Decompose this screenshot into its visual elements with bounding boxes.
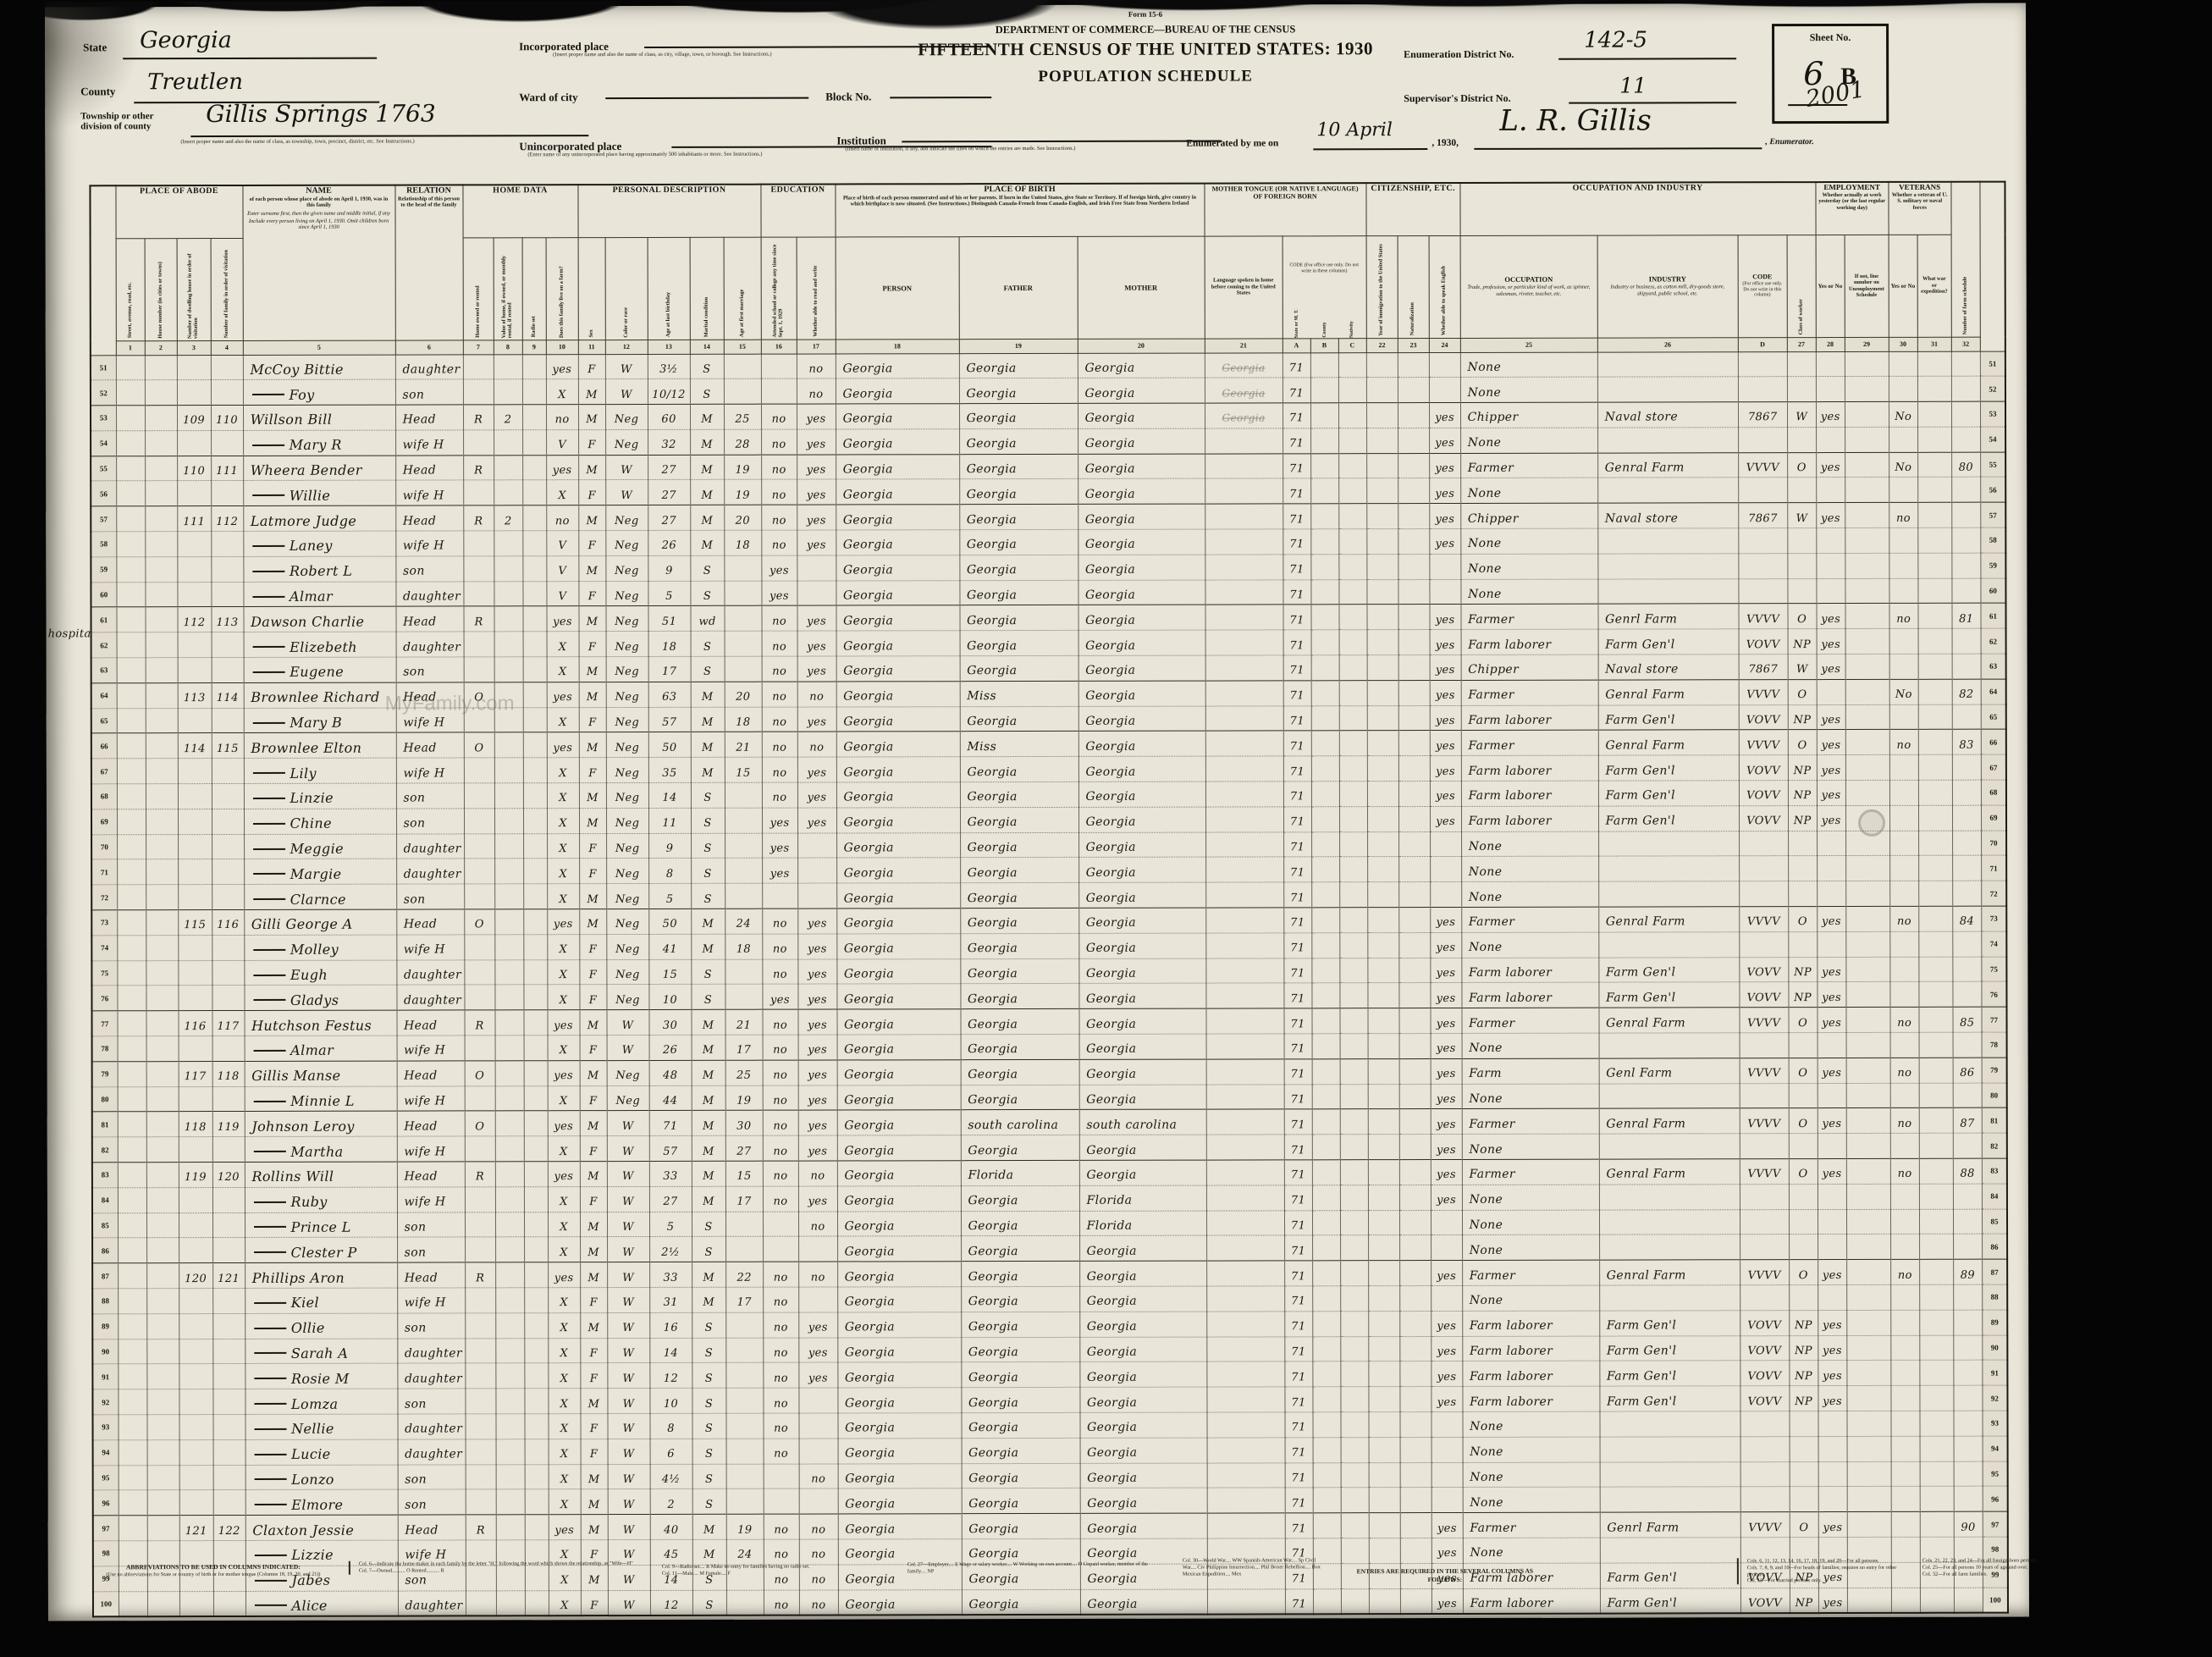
incorporated-note: (Insert proper name and also the name of…	[553, 52, 771, 58]
cell-ct22	[1367, 605, 1398, 630]
cell-v30	[1890, 1209, 1919, 1234]
census-row: 92LomzasonXMW10SnoGeorgiaGeorgiaGeorgia7…	[92, 1385, 2007, 1415]
cell-race: W	[607, 1111, 649, 1136]
cell-c3: 114	[178, 733, 212, 759]
cell-bm: Georgia	[1079, 1034, 1206, 1059]
cell-ind	[1598, 881, 1739, 907]
cell-bp: Georgia	[837, 1185, 961, 1211]
cell-bp: Georgia	[837, 1110, 961, 1135]
col-header-sex: Sex	[578, 237, 605, 340]
cell-h9	[522, 405, 546, 430]
line-number-right: 90	[1983, 1335, 2008, 1361]
cell-rel: daughter	[396, 834, 464, 859]
cell-bp: Georgia	[836, 454, 959, 479]
column-number: 24	[1429, 338, 1460, 352]
cell-h8	[495, 1111, 524, 1136]
column-number: 4	[211, 340, 243, 355]
cell-race: W	[608, 1489, 650, 1515]
cell-c4	[212, 1288, 245, 1313]
col-header-school: Attended school or college any time sinc…	[761, 237, 797, 340]
column-number: C	[1338, 338, 1366, 352]
cell-c3	[179, 1389, 212, 1415]
cell-ct23	[1398, 403, 1429, 428]
cell-sex: F	[580, 1288, 607, 1313]
col-header-marital: Marital condition	[690, 237, 724, 340]
cell-name: Foy	[243, 379, 395, 405]
cell-ct22	[1367, 958, 1398, 983]
cell-v31	[1919, 1032, 1953, 1058]
cell-e28: yes	[1817, 755, 1845, 781]
cell-age: 5	[648, 581, 690, 606]
cell-ed17: yes	[797, 909, 836, 934]
cell-sex: F	[581, 1439, 608, 1464]
cell-cls: O	[1790, 1512, 1818, 1538]
cell-agem	[725, 782, 762, 808]
cell-e28: yes	[1817, 604, 1845, 629]
cell-sex: F	[579, 758, 606, 783]
enumerator-label: , Enumerator.	[1765, 137, 1814, 146]
cell-cD: VOVV	[1740, 1335, 1789, 1361]
cell-ct24: yes	[1431, 1513, 1463, 1538]
cell-mt	[1207, 1438, 1285, 1463]
cell-rel: son	[395, 556, 463, 582]
cell-cC	[1340, 1109, 1368, 1135]
cell-h7	[463, 379, 494, 405]
cell-ed16: no	[762, 934, 797, 959]
cell-age: 9	[648, 833, 691, 859]
cell-h9	[522, 480, 546, 505]
cell-cA: 71	[1283, 857, 1311, 882]
cell-c1	[118, 1212, 146, 1238]
cell-h10: X	[549, 1489, 581, 1515]
census-row: 94LuciedaughterXFW6SnoGeorgiaGeorgiaGeor…	[93, 1436, 2008, 1466]
cell-bf: Georgia	[961, 1388, 1079, 1413]
cell-ed16: no	[763, 1110, 798, 1135]
cell-cA: 71	[1285, 1513, 1313, 1538]
cell-ind: Farm Gen'l	[1599, 957, 1740, 982]
census-row: 91Rosie MdaughterXFW12SnoyesGeorgiaGeorg…	[92, 1360, 2007, 1389]
cell-c3: 115	[178, 910, 212, 936]
cell-ind	[1599, 1134, 1740, 1159]
cell-v31	[1920, 1385, 1954, 1411]
cell-e29	[1846, 1083, 1890, 1108]
cell-c32	[1954, 1487, 1983, 1512]
cell-v31	[1920, 1461, 1954, 1487]
cell-v31	[1918, 730, 1952, 755]
cell-agem: 17	[725, 1186, 763, 1212]
cell-e28	[1818, 1184, 1846, 1209]
cell-mar: S	[691, 859, 725, 884]
cell-bp: Georgia	[836, 580, 959, 605]
cell-age: 10/12	[648, 379, 690, 405]
column-group-place-of-birth: PLACE OF BIRTH Place of birth of each pe…	[836, 184, 1205, 237]
cell-e29	[1845, 931, 1889, 957]
cell-ind	[1597, 478, 1738, 503]
cell-bm: Georgia	[1079, 1235, 1206, 1261]
cell-c4	[212, 1086, 245, 1112]
cell-ct24: yes	[1430, 781, 1461, 806]
cell-h9	[523, 632, 547, 657]
cell-cB	[1312, 1160, 1340, 1185]
census-row: 56Williewife HXFW27M19noyesGeorgiaGeorgi…	[91, 478, 2005, 507]
cell-bm: Georgia	[1078, 479, 1205, 505]
cell-occ: Chipper	[1460, 503, 1597, 528]
cell-ct24	[1431, 1411, 1463, 1437]
col-header-home-owned: Home owned or rented	[463, 237, 494, 340]
cell-c2	[147, 1490, 179, 1516]
col-header-father: FATHER	[959, 236, 1078, 339]
cell-bp: Georgia	[836, 958, 960, 984]
col-header-age: Age at last birthday	[648, 237, 690, 340]
cell-e29	[1845, 730, 1889, 755]
cell-h8	[495, 1262, 524, 1288]
cell-bp: Georgia	[836, 858, 960, 883]
cell-occ: None	[1460, 428, 1597, 453]
cell-c32	[1951, 401, 1980, 427]
cell-h7	[463, 354, 494, 379]
cell-name: Mary R	[243, 430, 395, 456]
cell-h8	[496, 1515, 525, 1540]
cell-c2	[146, 885, 178, 910]
cell-cB	[1312, 1362, 1340, 1387]
cell-ed16: no	[763, 1186, 798, 1212]
line-number-left: 83	[92, 1163, 118, 1188]
cell-ed16: no	[762, 682, 797, 707]
cell-occ: None	[1460, 377, 1597, 402]
cell-h9	[522, 354, 546, 379]
cell-c4	[212, 1137, 245, 1163]
line-number-right: 97	[1983, 1511, 2008, 1537]
cell-v30	[1889, 377, 1917, 402]
line-number-right: 96	[1983, 1486, 2008, 1511]
census-row: 71MargiedaughterXFNeg8SyesGeorgiaGeorgia…	[91, 856, 2006, 886]
cell-mar: M	[691, 707, 725, 732]
cell-occ: Farmer	[1462, 1008, 1599, 1033]
cell-h9	[522, 531, 546, 556]
cell-cD	[1740, 1184, 1789, 1209]
cell-agem	[724, 378, 761, 404]
cell-cA: 71	[1284, 1185, 1312, 1211]
cell-occ: None	[1461, 857, 1598, 882]
cell-h9	[525, 1439, 549, 1464]
line-number-left: 69	[91, 809, 117, 835]
cell-mar: S	[691, 782, 725, 808]
cell-bp: Georgia	[837, 1135, 961, 1161]
cell-e29	[1845, 831, 1889, 856]
line-number-right: 77	[1982, 1007, 2007, 1032]
cell-ind: Genral Farm	[1598, 680, 1739, 705]
cell-bm: Georgia	[1078, 756, 1205, 782]
cell-ct22	[1367, 756, 1398, 782]
cell-mar: M	[692, 1186, 725, 1212]
cell-c1	[117, 936, 146, 961]
cell-h7	[464, 758, 494, 783]
cell-name: Lucie	[245, 1439, 398, 1465]
cell-rel: wife H	[396, 935, 464, 960]
census-scan-page: MyFamily.com hospital 2001 State Georgia…	[0, 0, 2212, 1657]
cell-occ: None	[1463, 1462, 1600, 1488]
column-group-employment: EMPLOYMENT Whether actually at work yest…	[1816, 182, 1889, 235]
cell-ed17: no	[798, 1161, 837, 1186]
cell-cD: VOVV	[1739, 805, 1788, 831]
cell-h10: X	[546, 480, 578, 505]
cell-c3	[179, 1465, 213, 1490]
cell-v31	[1918, 704, 1952, 730]
cell-v31	[1918, 654, 1952, 679]
line-number-left: 71	[91, 859, 117, 885]
cell-cD	[1739, 881, 1788, 907]
cell-c1	[116, 456, 145, 481]
cell-bp: Georgia	[836, 378, 959, 404]
cell-sex: M	[580, 1212, 607, 1237]
cell-ct24	[1431, 1210, 1462, 1235]
cell-c32	[1953, 1209, 1982, 1234]
cell-ct22	[1366, 478, 1398, 504]
cell-cC	[1339, 983, 1367, 1008]
cell-race: W	[605, 354, 648, 379]
cell-occ: None	[1462, 1235, 1599, 1261]
cell-agem	[725, 1338, 763, 1363]
cell-ed17: yes	[798, 1338, 837, 1363]
cell-e29	[1846, 1032, 1890, 1058]
cell-bm: Georgia	[1078, 454, 1205, 479]
cell-sex: F	[578, 581, 605, 606]
cell-mar: S	[692, 1338, 725, 1363]
cell-cls: NP	[1788, 629, 1817, 655]
cell-age: 63	[648, 682, 691, 707]
cell-ct23	[1400, 1513, 1431, 1538]
cell-sex: F	[580, 1186, 607, 1212]
cell-name: Meggie	[244, 834, 396, 859]
col-header-farm: Does this family live on a farm?	[546, 237, 578, 340]
cell-ind	[1598, 831, 1739, 856]
line-number-right: 78	[1982, 1032, 2007, 1058]
cell-sex: F	[578, 480, 605, 505]
line-number-right: 86	[1982, 1234, 2007, 1259]
line-number-right: 87	[1982, 1259, 2007, 1284]
cell-h9	[522, 430, 546, 456]
cell-agem: 19	[726, 1514, 764, 1539]
cell-v30: no	[1890, 1008, 1919, 1033]
cell-ct24	[1431, 1437, 1463, 1462]
cell-cB	[1312, 1312, 1340, 1337]
cell-c4: 121	[212, 1263, 245, 1289]
cell-cls: NP	[1788, 755, 1817, 781]
cell-ct24: yes	[1430, 705, 1461, 731]
col-header-person: PERSON	[836, 236, 959, 339]
cell-cls: O	[1789, 1008, 1818, 1033]
cell-c32	[1951, 376, 1980, 401]
cell-ct23	[1399, 1034, 1431, 1059]
census-row: 97121122Claxton JessieHeadRyesMW40M19non…	[93, 1511, 2008, 1541]
cell-age: 2½	[649, 1237, 692, 1262]
cell-ct23	[1400, 1437, 1431, 1462]
cell-mt	[1205, 832, 1283, 858]
line-number-right: 83	[1982, 1158, 2007, 1184]
cell-bm: Georgia	[1078, 428, 1205, 454]
cell-h7	[465, 1136, 495, 1162]
cell-h10: X	[547, 934, 579, 959]
cell-h9	[524, 1061, 548, 1086]
cell-c2	[146, 733, 178, 759]
cell-ed16: no	[763, 1009, 798, 1035]
cell-ct22	[1368, 1109, 1399, 1135]
cell-cls: O	[1789, 1159, 1818, 1185]
cell-agem: 18	[725, 934, 762, 959]
cell-c32	[1954, 1361, 1983, 1386]
cell-ed17	[799, 1413, 838, 1439]
cell-c32	[1954, 1335, 1983, 1361]
cell-c32	[1951, 427, 1980, 452]
cell-age: 4½	[650, 1464, 692, 1489]
line-number-right: 61	[1981, 604, 2006, 629]
cell-cC	[1340, 1084, 1368, 1109]
cell-c1	[116, 506, 145, 532]
column-number: 1	[116, 340, 145, 355]
cell-cA: 71	[1284, 1034, 1312, 1059]
cell-bp: Georgia	[837, 1312, 961, 1337]
cell-cB	[1313, 1513, 1341, 1538]
cell-cls	[1787, 478, 1816, 503]
line-number-right: 95	[1983, 1461, 2008, 1487]
cell-v30: no	[1889, 906, 1918, 931]
cell-rel: wife H	[396, 758, 464, 783]
cell-bf: Georgia	[960, 883, 1078, 909]
cell-ct24	[1430, 882, 1461, 908]
cell-mar: M	[691, 732, 725, 758]
cell-sex: M	[579, 909, 606, 935]
cell-cB	[1312, 1135, 1340, 1160]
line-number-right: 68	[1981, 780, 2006, 805]
cell-agem	[725, 1237, 763, 1262]
cell-v31	[1917, 427, 1951, 452]
cell-cA: 71	[1284, 1235, 1312, 1261]
line-number-left: 92	[92, 1389, 118, 1415]
cell-c3	[178, 658, 212, 683]
cell-sex: F	[578, 354, 605, 379]
cell-cD: VVVV	[1740, 1260, 1789, 1285]
cell-bf: Georgia	[959, 428, 1078, 454]
cell-ind: Genrl Farm	[1598, 604, 1739, 629]
census-row: 96ElmoresonXMW2SGeorgiaGeorgiaGeorgia71N…	[93, 1486, 2008, 1516]
cell-c2	[145, 557, 177, 583]
cell-name: Chine	[244, 809, 396, 834]
cell-e29	[1845, 478, 1889, 503]
cell-bp: Georgia	[838, 1413, 962, 1439]
cell-rel: Head	[397, 1162, 465, 1187]
cell-mar: M	[692, 1287, 725, 1312]
cell-cD: VVVV	[1740, 1159, 1789, 1185]
census-row: 58Laneywife HVFNeg26M18noyesGeorgiaGeorg…	[91, 527, 2005, 557]
cell-h9	[524, 1187, 548, 1212]
cell-race: Neg	[605, 555, 648, 581]
cell-ct22	[1368, 1286, 1399, 1312]
cell-cls: O	[1788, 604, 1817, 629]
cell-ed16: no	[764, 1439, 799, 1464]
cell-v30	[1891, 1411, 1920, 1436]
cell-c3	[179, 1439, 213, 1465]
cell-bp: Georgia	[836, 832, 960, 858]
cell-ct23	[1398, 655, 1430, 681]
cell-c4: 122	[213, 1516, 245, 1541]
cell-h8	[494, 859, 523, 884]
cell-v31	[1920, 1411, 1954, 1436]
cell-bp: Georgia	[837, 1009, 961, 1035]
cell-ed16: yes	[761, 555, 797, 581]
cell-name: Sarah A	[245, 1339, 397, 1364]
cell-name: Claxton Jessie	[245, 1515, 398, 1540]
cell-c4	[211, 355, 243, 380]
cell-e29	[1845, 704, 1889, 730]
cell-h8	[495, 1237, 524, 1262]
cell-h10: X	[546, 379, 578, 405]
cell-h8	[496, 1489, 525, 1515]
cell-ed17: yes	[797, 605, 836, 631]
cell-agem	[725, 631, 762, 656]
cell-cD: 7867	[1738, 503, 1787, 528]
col-header-unemployment: If not, line number on Unemployment Sche…	[1845, 235, 1889, 337]
line-number-right: 75	[1982, 957, 2007, 982]
cell-race: W	[607, 1136, 649, 1162]
cell-c1	[118, 1313, 146, 1339]
cell-v30	[1889, 427, 1917, 452]
cell-age: 14	[649, 1338, 692, 1363]
cell-bp: Georgia	[836, 984, 960, 1009]
cell-c32: 89	[1953, 1259, 1982, 1284]
cell-cB	[1311, 731, 1339, 756]
cell-cB	[1310, 403, 1338, 428]
cell-rel: Head	[397, 1111, 465, 1136]
cell-bf: Georgia	[960, 958, 1078, 984]
cell-h9	[524, 1237, 548, 1262]
cell-c32	[1954, 1411, 1983, 1436]
cell-c3: 110	[177, 456, 211, 481]
cell-cls	[1788, 553, 1817, 578]
cell-h10: X	[547, 707, 579, 732]
cell-c1	[116, 557, 145, 583]
cell-c2	[146, 1163, 179, 1188]
cell-race: Neg	[607, 1085, 649, 1111]
cell-ct22	[1367, 630, 1398, 655]
cell-h9	[524, 1212, 548, 1237]
line-number-left: 84	[92, 1188, 118, 1213]
cell-bf: Georgia	[960, 908, 1078, 933]
cell-bp: Georgia	[837, 1060, 961, 1085]
cell-cB	[1311, 681, 1339, 706]
line-number-left: 79	[92, 1062, 118, 1087]
cell-sex: M	[580, 1312, 607, 1338]
cell-c1	[117, 986, 146, 1011]
cell-h8	[494, 430, 522, 456]
line-number-left: 74	[91, 936, 117, 961]
cell-ct24	[1429, 554, 1460, 579]
cell-c2	[146, 1238, 179, 1263]
cell-v30	[1891, 1461, 1920, 1487]
cell-c3	[178, 986, 212, 1011]
cell-rel: daughter	[398, 1439, 466, 1465]
cell-cB	[1311, 705, 1339, 731]
cell-bf: Georgia	[961, 1362, 1079, 1388]
cell-h10: yes	[547, 606, 579, 632]
cell-mar: S	[691, 656, 725, 682]
cell-v31	[1918, 881, 1952, 906]
cell-cC	[1340, 1058, 1368, 1084]
cell-bf: Georgia	[961, 1262, 1079, 1287]
cell-agem: 19	[724, 480, 761, 505]
cell-ed16: no	[763, 1312, 798, 1338]
cell-v31	[1918, 553, 1952, 578]
cell-cls	[1787, 377, 1816, 402]
